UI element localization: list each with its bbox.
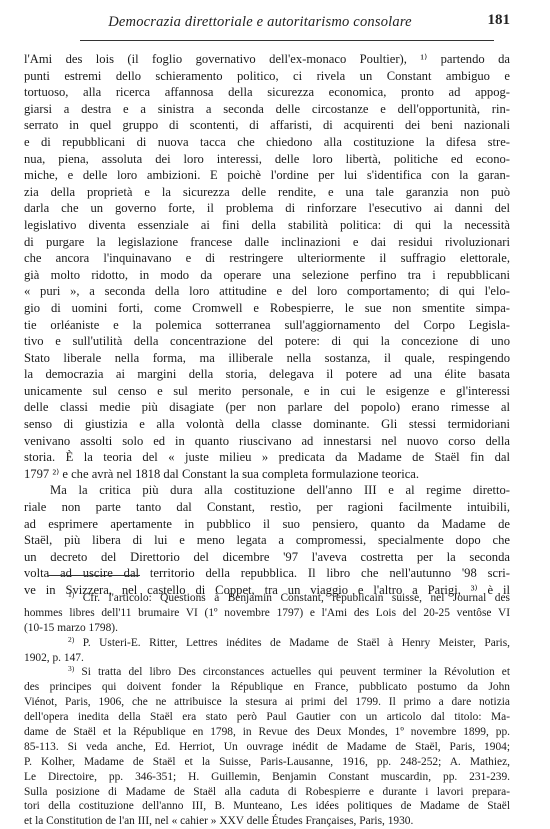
footnote-number: 2) [68, 636, 74, 644]
footnote-text: et la Constitution de l'an III, nel « ca… [24, 814, 510, 829]
footnote-text: P. Kolher, Madame de Staël et la Suisse,… [24, 755, 510, 770]
footnote-text: Le Directoire, pp. 346-351; H. Guillemin… [24, 770, 510, 785]
footnote-number: 3) [68, 665, 74, 673]
body-line: riale non parte tanto dal Constant, rest… [24, 499, 510, 516]
body-text: l'Ami des lois (il foglio governativo de… [24, 51, 510, 599]
footnote-text: dell'opera inedita della Staël era stato… [24, 710, 510, 725]
footnote-1: 1) Cfr. l'articolo: Questions à Benjamin… [24, 591, 510, 636]
paragraph-start-line: Ma la critica più dura alla costituzione… [24, 482, 510, 499]
footnote-number: 1) [68, 591, 74, 599]
body-line: di purgare la legislazione francese dall… [24, 234, 510, 251]
footnote-text: Viénot, Paris, 1906, che ne attribuisce … [24, 695, 510, 710]
body-line: ad esprimere apertamente in pubblico il … [24, 516, 510, 533]
footnote-text: P. Usteri-E. Ritter, Lettres inédites de… [83, 637, 510, 649]
footnote-text: des principes qui doivent fonder la Répu… [24, 680, 510, 695]
footnote-text: 1902, p. 147. [24, 651, 510, 666]
body-line: l'Ami des lois (il foglio governativo de… [24, 51, 510, 68]
body-line: già molto ridotto, in modo da operare un… [24, 267, 510, 284]
footnotes: 1) Cfr. l'articolo: Questions à Benjamin… [24, 591, 510, 829]
footnote-3: 3) Si tratta del libro Des circonstances… [24, 665, 510, 829]
footnote-text: (10-15 marzo 1798). [24, 621, 510, 636]
body-line: la democrazia ai margini della storia, d… [24, 366, 510, 383]
running-head: Democrazia direttoriale e autoritarismo … [24, 10, 510, 32]
footnote-text: Si tratta del libro Des circonstances ac… [81, 666, 510, 678]
body-line: Staël, più libera di lui e meno legata a… [24, 532, 510, 549]
body-line: che ancora l'inquinavano e di restringer… [24, 250, 510, 267]
body-line: legislativo diventa essenziale ai fini d… [24, 217, 510, 234]
body-line: nua, piena, assoluta dei loro interessi,… [24, 151, 510, 168]
footnote-text: tori della costituzione dell'anno III, B… [24, 799, 510, 814]
footnote-text: Cfr. l'articolo: Questions à Benjamin Co… [83, 592, 510, 604]
body-line: tivo e sull'utilità della concentrazione… [24, 333, 510, 350]
body-line: Stato liberale nella forma, ma illiberal… [24, 350, 510, 367]
body-line: delle classi medie più disagiate (per no… [24, 399, 510, 416]
running-title: Democrazia direttoriale e autoritarismo … [80, 14, 440, 31]
footnote-text: Sulla posizione di Madame de Staël alla … [24, 785, 510, 800]
body-line: zia della proprietà e la sicurezza delle… [24, 184, 510, 201]
body-line: tortuoso, alla ricerca affannosa della s… [24, 84, 510, 101]
body-line: 1797 ²⁾ e che avrà nel 1818 dal Constant… [24, 466, 510, 483]
footnote-separator [48, 575, 140, 576]
page-number: 181 [488, 12, 511, 29]
body-line: unicamente sul censo e sul merito person… [24, 383, 510, 400]
header-rule [80, 40, 494, 41]
footnote-text: 85-113. Si veda anche, Ed. Herriot, Un o… [24, 740, 510, 755]
body-line: volta ad uscire dal territorio della rep… [24, 565, 510, 582]
body-line: senso di giustizia e alla volontà della … [24, 416, 510, 433]
body-line: punti estremi dello schieramento politic… [24, 68, 510, 85]
body-line: « puri », a seconda della loro attitudin… [24, 283, 510, 300]
footnote-text: dame de Staël et la République en 1798, … [24, 725, 510, 740]
body-line: giarsi a destra e a sinistra a seconda d… [24, 101, 510, 118]
body-line: e di repubblicani di nuova tacca che chi… [24, 134, 510, 151]
footnote-text: hommes libres dell'11 brumaire VI (1º no… [24, 606, 510, 621]
body-line: un decreto del Direttorio del dicembre '… [24, 549, 510, 566]
body-line: serrato in quel gruppo di scontenti, di … [24, 117, 510, 134]
body-line: darla che un governo forte, il problema … [24, 200, 510, 217]
body-line: venivano assolti solo ed in quanto riusc… [24, 433, 510, 450]
body-line: tie orléaniste e la polemica sotterranea… [24, 317, 510, 334]
footnote-2: 2) P. Usteri-E. Ritter, Lettres inédites… [24, 636, 510, 666]
body-line: gio di uomini forti, come Cromwell e Rob… [24, 300, 510, 317]
body-line: storia. È la teoria del « juste milieu »… [24, 449, 510, 466]
body-line: miche, e delle loro ambizioni. E poichè … [24, 167, 510, 184]
